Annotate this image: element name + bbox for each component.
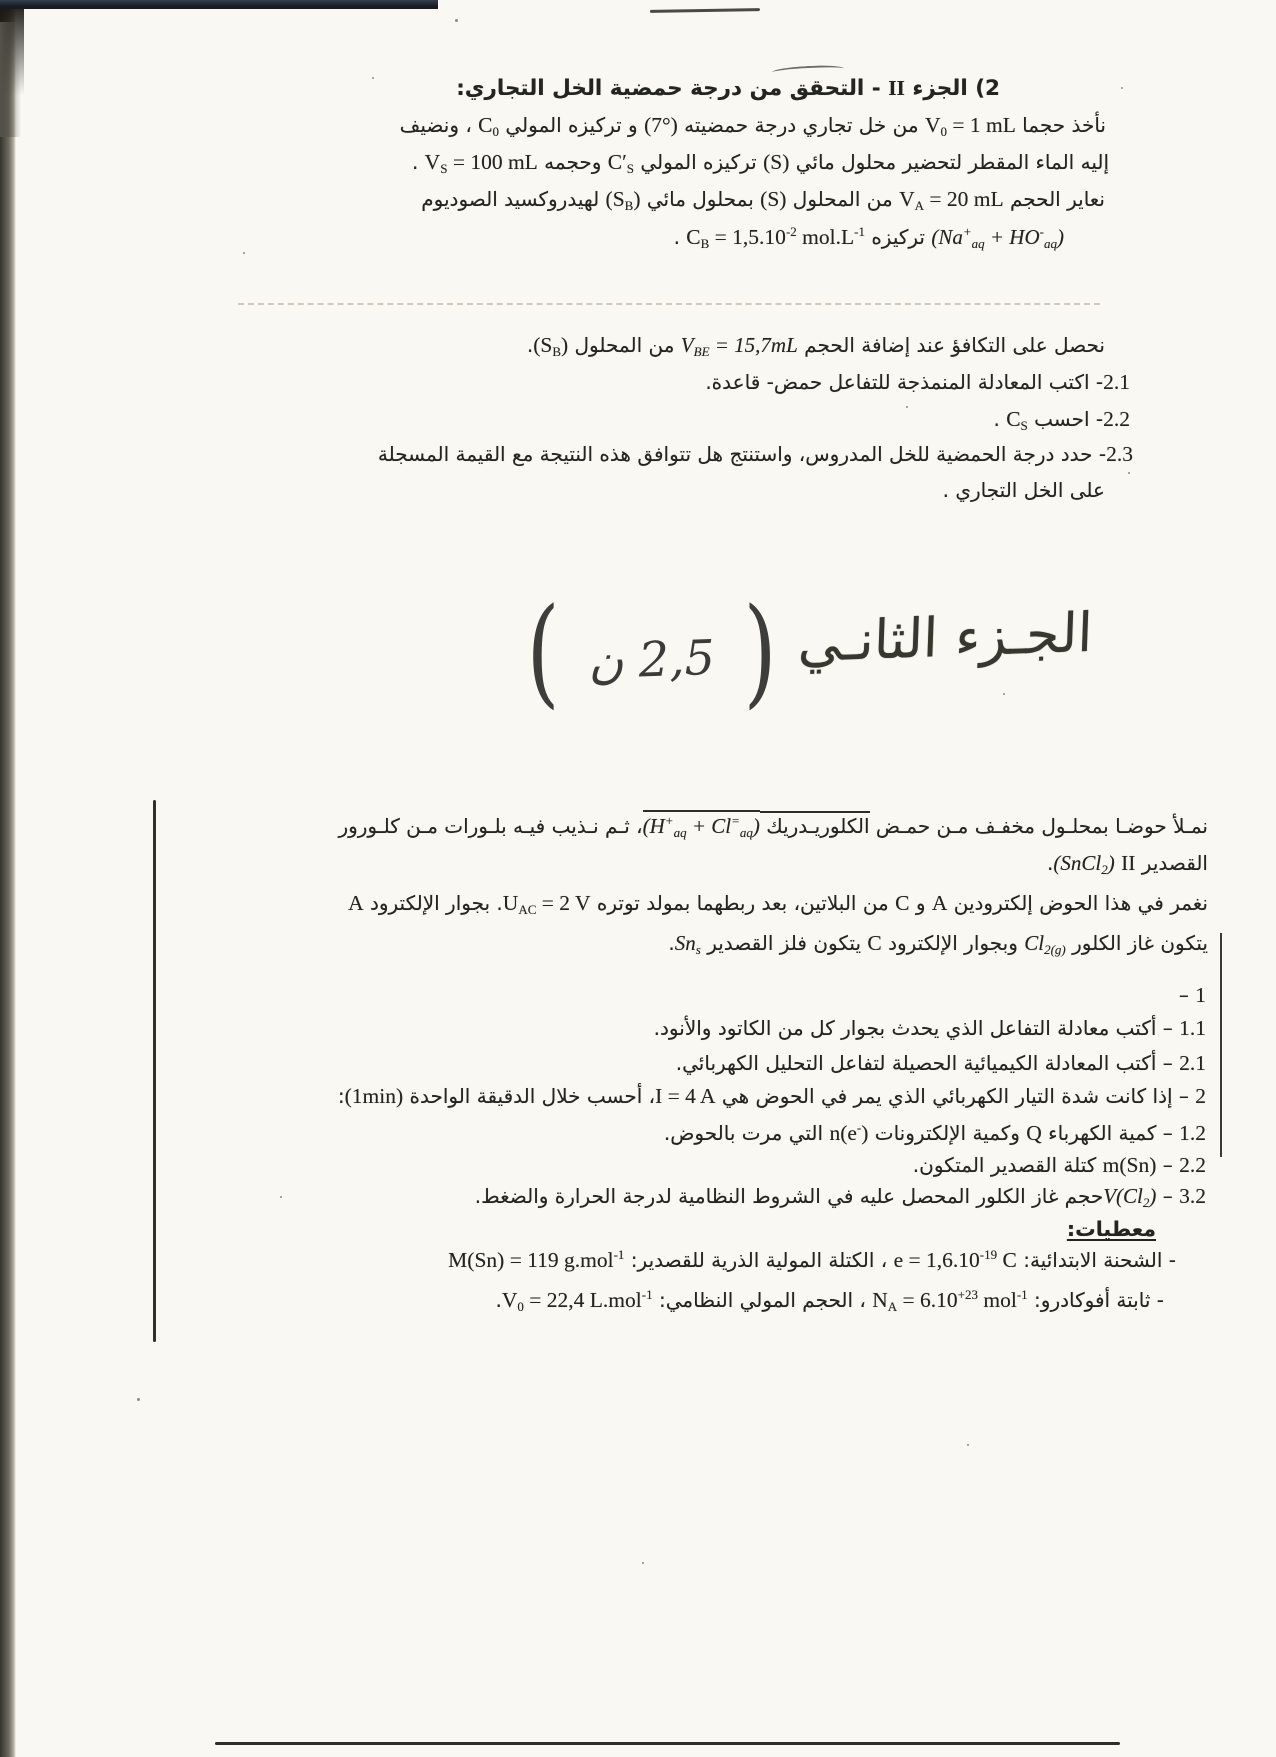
scan-left-smudge	[0, 22, 21, 137]
part1-body-line: إليه الماء المقطر لتحضير محلول مائي (S) …	[412, 150, 1109, 177]
exercise-box-left-border	[153, 800, 156, 1342]
scan-speck	[1121, 87, 1123, 89]
handwritten-part-two-title: الجـزء الثانـي	[797, 601, 1094, 674]
exercise-box-right-border	[1220, 933, 1222, 1157]
scan-bottom-line	[215, 1742, 1120, 1745]
part2-intro-line: نمـلأ حوضـا بمحلـول مخفـف مـن حمـض الكلو…	[338, 810, 1208, 841]
question-2-3: 2.3- حدد درجة الحمضية للخل المدروس، واست…	[378, 442, 1133, 467]
handwritten-score-value: 2,5 ن	[587, 630, 716, 690]
faint-separator-line	[238, 303, 1100, 305]
scanned-exam-page: 2) الجزء II - التحقق من درجة حمضية الخل …	[0, 0, 1276, 1757]
question-2-1: 2.1- اكتب المعادلة المنمذجة للتفاعل حمض-…	[705, 370, 1130, 395]
handwritten-close-paren: )	[743, 592, 776, 710]
item-1: 1 –	[1179, 983, 1206, 1008]
scan-speck	[243, 252, 245, 254]
pen-squiggle-mark	[772, 64, 844, 77]
part1-heading: 2) الجزء II - التحقق من درجة حمضية الخل …	[456, 76, 1000, 101]
scan-speck	[280, 1196, 282, 1198]
question-2-3-continued: على الخل التجاري .	[943, 478, 1105, 502]
scan-top-mark	[650, 8, 760, 13]
data-section-title: معطيات:	[1067, 1217, 1156, 1241]
part1-body-line: نعاير الحجم VA = 20 mL من المحلول (S) بم…	[421, 187, 1105, 214]
item-1-1: 1.1 – أكتب معادلة التفاعل الذي يحدث بجوا…	[654, 1016, 1206, 1041]
part2-intro-line: يتكون غاز الكلور Cl2(g) وبجوار الإلكترود…	[668, 931, 1208, 958]
part2-intro-line: نغمر في هذا الحوض إلكترودين A و C من الب…	[348, 891, 1208, 918]
scan-speck	[967, 1444, 969, 1446]
item-2-2: 2.2 – m(Sn) كتلة القصدير المتكون.	[913, 1153, 1206, 1178]
data-line: - ثابتة أفوكادرو: NA = 6.10+23 mol-1 ، ا…	[496, 1287, 1164, 1315]
handwritten-score: ( 2,5 ن )	[520, 592, 783, 710]
part2-intro-line: القصدير II (SnCl2).	[1047, 851, 1208, 878]
scan-speck	[1128, 472, 1130, 474]
item-3-2: 3.2 – V(Cl2)حجم غاز الكلور المحصل عليه ف…	[475, 1184, 1206, 1211]
part1-body-line: نأخذ حجما V0 = 1 mL من خل تجاري درجة حمض…	[400, 113, 1106, 140]
scan-left-edge-shadow	[0, 0, 16, 1757]
scan-speck	[455, 19, 458, 22]
item-2: 2 – إذا كانت شدة التيار الكهربائي الذي ي…	[338, 1084, 1206, 1109]
scan-top-edge-bar	[0, 0, 438, 9]
scan-speck	[1003, 693, 1005, 695]
scan-speck	[642, 1562, 644, 1564]
item-2-1: 2.1 – أكتب المعادلة الكيميائية الحصيلة ل…	[676, 1051, 1206, 1076]
scan-speck	[137, 1398, 140, 1401]
scan-speck	[372, 77, 374, 79]
item-1-2: 1.2 – كمية الكهرباء Q وكمية الإلكترونات …	[664, 1120, 1206, 1146]
scan-speck	[906, 406, 908, 408]
equivalence-statement: نحصل على التكافؤ عند إضافة الحجم VBE = 1…	[527, 333, 1105, 360]
handwritten-open-paren: (	[526, 592, 559, 710]
question-2-2: 2.2- احسب CS .	[993, 407, 1130, 434]
part1-body-line: (Na+aq + HO-aq) تركيزه CB = 1,5.10-2 mol…	[674, 224, 1064, 252]
data-line: - الشحنة الابتدائية: e = 1,6.10-19 C ، ا…	[448, 1247, 1176, 1273]
